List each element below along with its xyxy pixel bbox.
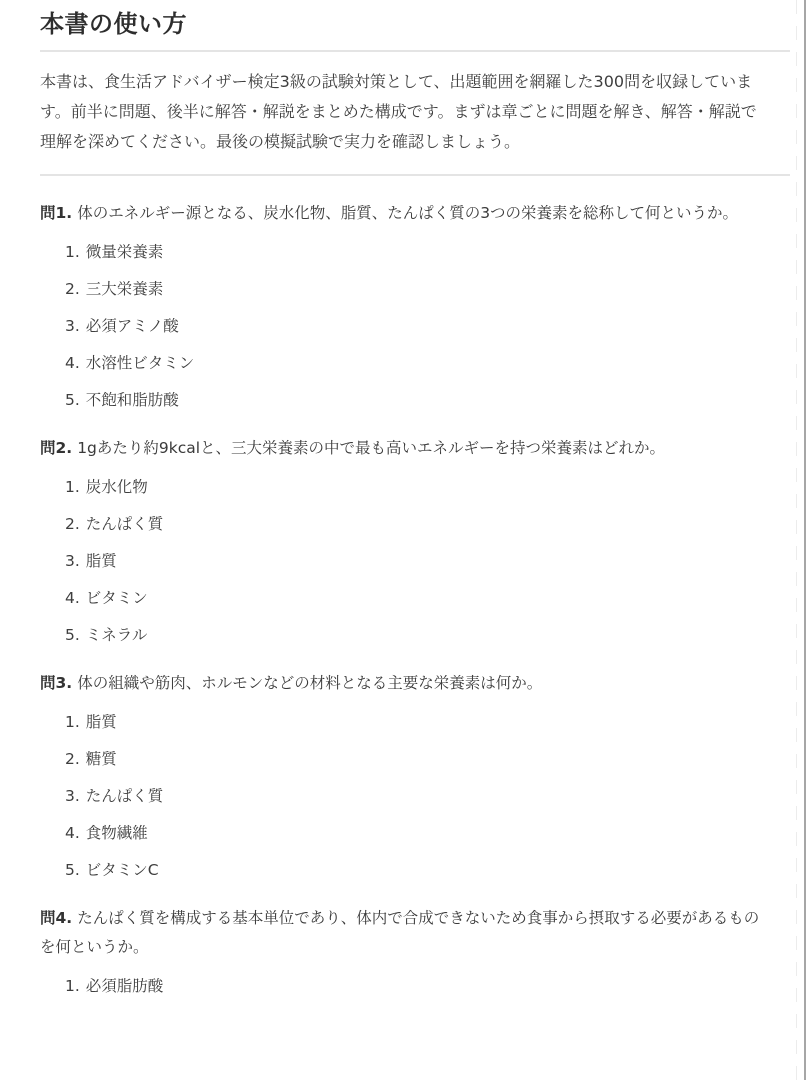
option-item: 4.ビタミン xyxy=(65,587,770,609)
question-body: 1gあたり約9kcalと、三大栄養素の中で最も高いエネルギーを持つ栄養素はどれか… xyxy=(77,439,665,457)
option-label: 必須脂肪酸 xyxy=(86,977,164,995)
options-list: 1.脂質 2.糖質 3.たんぱく質 4.食物繊維 5.ビタミンC xyxy=(65,711,770,881)
title-divider xyxy=(40,50,790,52)
option-item: 1.炭水化物 xyxy=(65,476,770,498)
document-page: 本書の使い方 本書は、食生活アドバイザー検定3級の試験対策として、出題範囲を網羅… xyxy=(0,0,808,1080)
option-number: 4. xyxy=(65,354,80,372)
option-number: 3. xyxy=(65,552,80,570)
question-4: 問4.たんぱく質を構成する基本単位であり、体内で合成できないため食事から摂取する… xyxy=(40,904,770,997)
options-list: 1.炭水化物 2.たんぱく質 3.脂質 4.ビタミン 5.ミネラル xyxy=(65,476,770,646)
question-number: 問3. xyxy=(40,674,72,692)
intro-divider xyxy=(40,174,790,176)
option-number: 5. xyxy=(65,626,80,644)
question-3: 問3.体の組織や筋肉、ホルモンなどの材料となる主要な栄養素は何か。 1.脂質 2… xyxy=(40,669,770,881)
option-number: 1. xyxy=(65,243,80,261)
option-number: 4. xyxy=(65,824,80,842)
option-label: 必須アミノ酸 xyxy=(86,317,179,335)
scrollbar-edge[interactable] xyxy=(804,0,806,1080)
option-number: 2. xyxy=(65,280,80,298)
option-label: 糖質 xyxy=(86,750,117,768)
option-item: 1.脂質 xyxy=(65,711,770,733)
option-number: 3. xyxy=(65,317,80,335)
option-number: 1. xyxy=(65,478,80,496)
question-text: 問3.体の組織や筋肉、ホルモンなどの材料となる主要な栄養素は何か。 xyxy=(40,669,770,698)
option-label: ビタミン xyxy=(86,589,148,607)
option-item: 2.たんぱく質 xyxy=(65,513,770,535)
question-text: 問1.体のエネルギー源となる、炭水化物、脂質、たんぱく質の3つの栄養素を総称して… xyxy=(40,199,770,228)
question-body: 体のエネルギー源となる、炭水化物、脂質、たんぱく質の3つの栄養素を総称して何とい… xyxy=(77,204,738,222)
option-item: 5.ビタミンC xyxy=(65,859,770,881)
option-item: 3.脂質 xyxy=(65,550,770,572)
option-label: 炭水化物 xyxy=(86,478,148,496)
question-number: 問1. xyxy=(40,204,72,222)
option-number: 5. xyxy=(65,391,80,409)
option-item: 5.ミネラル xyxy=(65,624,770,646)
option-number: 2. xyxy=(65,515,80,533)
option-item: 2.三大栄養素 xyxy=(65,278,770,300)
question-2: 問2.1gあたり約9kcalと、三大栄養素の中で最も高いエネルギーを持つ栄養素は… xyxy=(40,434,770,646)
question-number: 問4. xyxy=(40,909,72,927)
option-number: 5. xyxy=(65,861,80,879)
option-label: ビタミンC xyxy=(86,861,159,879)
option-label: 微量栄養素 xyxy=(86,243,164,261)
intro-paragraph: 本書は、食生活アドバイザー検定3級の試験対策として、出題範囲を網羅した300問を… xyxy=(40,67,770,157)
question-number: 問2. xyxy=(40,439,72,457)
option-label: 脂質 xyxy=(86,552,117,570)
options-list: 1.必須脂肪酸 xyxy=(65,975,770,997)
option-item: 3.必須アミノ酸 xyxy=(65,315,770,337)
option-label: ミネラル xyxy=(86,626,148,644)
options-list: 1.微量栄養素 2.三大栄養素 3.必須アミノ酸 4.水溶性ビタミン 5.不飽和… xyxy=(65,241,770,411)
option-label: 食物繊維 xyxy=(86,824,148,842)
option-number: 4. xyxy=(65,589,80,607)
page-title: 本書の使い方 xyxy=(40,8,790,40)
option-number: 1. xyxy=(65,977,80,995)
question-body: 体の組織や筋肉、ホルモンなどの材料となる主要な栄養素は何か。 xyxy=(77,674,542,692)
option-label: たんぱく質 xyxy=(86,515,164,533)
option-label: たんぱく質 xyxy=(86,787,164,805)
option-item: 1.微量栄養素 xyxy=(65,241,770,263)
option-number: 2. xyxy=(65,750,80,768)
option-item: 4.食物繊維 xyxy=(65,822,770,844)
option-label: 不飽和脂肪酸 xyxy=(86,391,179,409)
question-text: 問2.1gあたり約9kcalと、三大栄養素の中で最も高いエネルギーを持つ栄養素は… xyxy=(40,434,770,463)
option-item: 3.たんぱく質 xyxy=(65,785,770,807)
option-item: 1.必須脂肪酸 xyxy=(65,975,770,997)
question-1: 問1.体のエネルギー源となる、炭水化物、脂質、たんぱく質の3つの栄養素を総称して… xyxy=(40,199,770,411)
document-content: 本書の使い方 本書は、食生活アドバイザー検定3級の試験対策として、出題範囲を網羅… xyxy=(40,8,790,997)
option-label: 水溶性ビタミン xyxy=(86,354,195,372)
option-item: 5.不飽和脂肪酸 xyxy=(65,389,770,411)
option-label: 脂質 xyxy=(86,713,117,731)
option-label: 三大栄養素 xyxy=(86,280,164,298)
question-text: 問4.たんぱく質を構成する基本単位であり、体内で合成できないため食事から摂取する… xyxy=(40,904,770,962)
question-body: たんぱく質を構成する基本単位であり、体内で合成できないため食事から摂取する必要が… xyxy=(40,909,759,956)
option-number: 3. xyxy=(65,787,80,805)
option-item: 4.水溶性ビタミン xyxy=(65,352,770,374)
option-item: 2.糖質 xyxy=(65,748,770,770)
option-number: 1. xyxy=(65,713,80,731)
page-edge-faint-line xyxy=(796,0,797,1080)
